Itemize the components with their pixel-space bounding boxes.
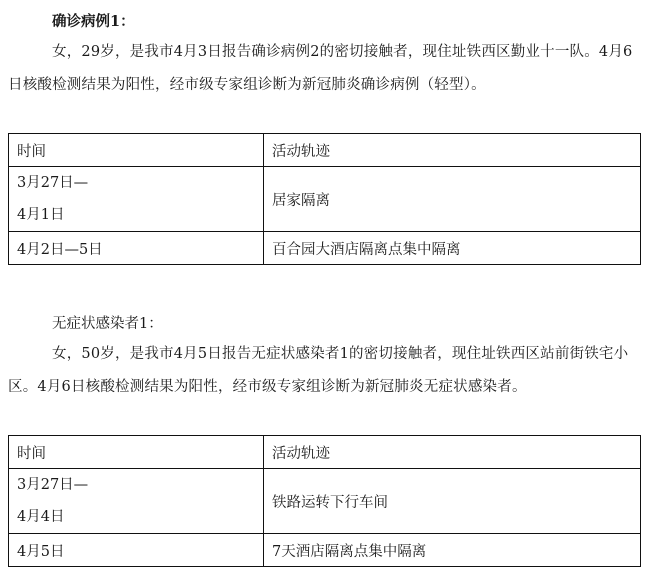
cell-activity: 铁路运转下行车间 [264,469,641,534]
table-header-row: 时间 活动轨迹 [9,134,641,167]
table-header-row: 时间 活动轨迹 [9,436,641,469]
time-end: 4月4日 [17,501,255,533]
cell-activity: 百合园大酒店隔离点集中隔离 [264,232,641,265]
time-end: 4月1日 [17,199,255,231]
activity-table-confirmed-case: 时间 活动轨迹 3月27日— 4月1日 居家隔离 4月2日—5日 百合园大酒店隔… [8,133,641,265]
time-start: 3月27日— [17,469,255,501]
cell-time: 3月27日— 4月1日 [9,167,264,232]
activity-table-asymptomatic-case: 时间 活动轨迹 3月27日— 4月4日 铁路运转下行车间 4月5日 7天酒店隔离… [8,435,641,567]
header-activity: 活动轨迹 [264,134,641,167]
section-heading-confirmed-case: 确诊病例1： [52,12,135,32]
table-row: 4月5日 7天酒店隔离点集中隔离 [9,534,641,567]
section-paragraph-asymptomatic-case: 女，50岁，是我市4月5日报告无症状感染者1的密切接触者，现住址铁西区站前街铁宅… [8,338,644,404]
header-time: 时间 [9,134,264,167]
table-row: 3月27日— 4月4日 铁路运转下行车间 [9,469,641,534]
cell-time: 3月27日— 4月4日 [9,469,264,534]
header-activity: 活动轨迹 [264,436,641,469]
section-heading-asymptomatic-case: 无症状感染者1： [52,314,163,334]
table-row: 3月27日— 4月1日 居家隔离 [9,167,641,232]
section-paragraph-confirmed-case: 女，29岁，是我市4月3日报告确诊病例2的密切接触者，现住址铁西区勤业十一队。4… [8,36,644,102]
header-time: 时间 [9,436,264,469]
cell-time: 4月2日—5日 [9,232,264,265]
cell-time: 4月5日 [9,534,264,567]
cell-activity: 7天酒店隔离点集中隔离 [264,534,641,567]
time-start: 3月27日— [17,167,255,199]
table-row: 4月2日—5日 百合园大酒店隔离点集中隔离 [9,232,641,265]
cell-activity: 居家隔离 [264,167,641,232]
